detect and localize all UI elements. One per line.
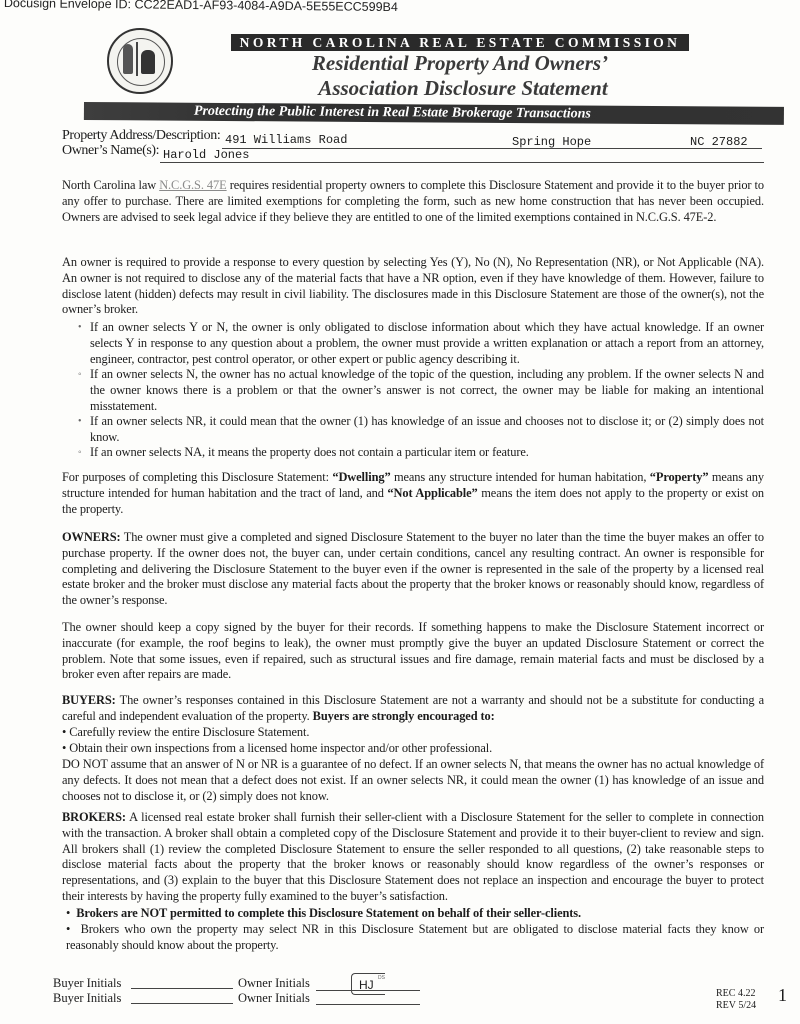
bullet-na: ◦If an owner selects NA, it means the pr… bbox=[90, 445, 764, 461]
property-city-value[interactable]: Spring Hope bbox=[512, 135, 591, 149]
property-state-zip-value[interactable]: NC 27882 bbox=[690, 135, 748, 149]
buyers-warning-paragraph: DO NOT assume that an answer of N or NR … bbox=[62, 757, 764, 804]
owner-name-label: Owner’s Name(s): bbox=[62, 143, 159, 158]
response-options-paragraph: An owner is required to provide a respon… bbox=[62, 255, 764, 318]
buyer-initials-field-1[interactable] bbox=[131, 988, 233, 989]
bullet-n: ◦If an owner selects N, the owner has no… bbox=[90, 367, 764, 414]
buyer-initials-label-2: Buyer Initials bbox=[53, 991, 121, 1006]
commission-banner: NORTH CAROLINA REAL ESTATE COMMISSION bbox=[231, 34, 689, 51]
brokers-bullet-1: • Brokers are NOT permitted to complete … bbox=[62, 906, 764, 922]
tagline-banner: Protecting the Public Interest in Real E… bbox=[84, 102, 784, 125]
owner-initials-signature[interactable]: HJ DS bbox=[351, 973, 385, 995]
bullet-nr: •If an owner selects NR, it could mean t… bbox=[90, 414, 764, 446]
property-address-row: Property Address/Description: bbox=[62, 128, 220, 144]
property-address-label: Property Address/Description: bbox=[62, 128, 220, 143]
form-title-line1: Residential Property And Owners’ bbox=[180, 51, 740, 76]
buyer-initials-label-1: Buyer Initials bbox=[53, 976, 121, 991]
owner-initials-label-2: Owner Initials bbox=[238, 991, 310, 1006]
owner-name-value[interactable]: Harold Jones bbox=[163, 148, 249, 162]
buyers-paragraph: BUYERS: The owner’s responses contained … bbox=[62, 693, 764, 725]
definitions-paragraph: For purposes of completing this Disclosu… bbox=[62, 470, 764, 517]
owner-initials-label-1: Owner Initials bbox=[238, 976, 310, 991]
owner-name-row: Owner’s Name(s): bbox=[62, 143, 159, 159]
form-revision: REC 4.22 REV 5/24 bbox=[716, 988, 756, 1012]
buyers-bullet-2: • Obtain their own inspections from a li… bbox=[62, 741, 764, 757]
buyers-bullet-1: • Carefully review the entire Disclosure… bbox=[62, 725, 764, 741]
tagline-text: Protecting the Public Interest in Real E… bbox=[194, 103, 591, 124]
intro-paragraph: North Carolina law N.C.G.S. 47E requires… bbox=[62, 178, 764, 225]
docusign-tag: DS bbox=[378, 967, 385, 989]
property-address-value[interactable]: 491 Williams Road bbox=[225, 133, 347, 147]
docusign-envelope-id: Docusign Envelope ID: CC22EAD1-AF93-4084… bbox=[4, 0, 398, 14]
form-title-line2: Association Disclosure Statement bbox=[183, 76, 743, 101]
page-number: 1 bbox=[778, 985, 787, 1006]
owner-underline bbox=[160, 162, 764, 163]
owner-initials-field-2[interactable] bbox=[316, 1004, 420, 1005]
owners-update-paragraph: The owner should keep a copy signed by t… bbox=[62, 620, 764, 683]
owners-paragraph: OWNERS: The owner must give a completed … bbox=[62, 530, 764, 609]
owners-heading: OWNERS: bbox=[62, 530, 121, 544]
commission-seal-icon bbox=[107, 28, 173, 94]
brokers-paragraph: BROKERS: A licensed real estate broker s… bbox=[62, 810, 764, 905]
brokers-heading: BROKERS: bbox=[62, 810, 126, 824]
bullet-y-or-n: •If an owner selects Y or N, the owner i… bbox=[90, 320, 764, 367]
buyer-initials-field-2[interactable] bbox=[131, 1003, 233, 1004]
statute-link[interactable]: N.C.G.S. 47E bbox=[159, 178, 226, 192]
address-underline bbox=[222, 148, 762, 149]
brokers-bullet-2: • Brokers who own the property may selec… bbox=[62, 922, 764, 954]
buyers-heading: BUYERS: bbox=[62, 693, 116, 707]
